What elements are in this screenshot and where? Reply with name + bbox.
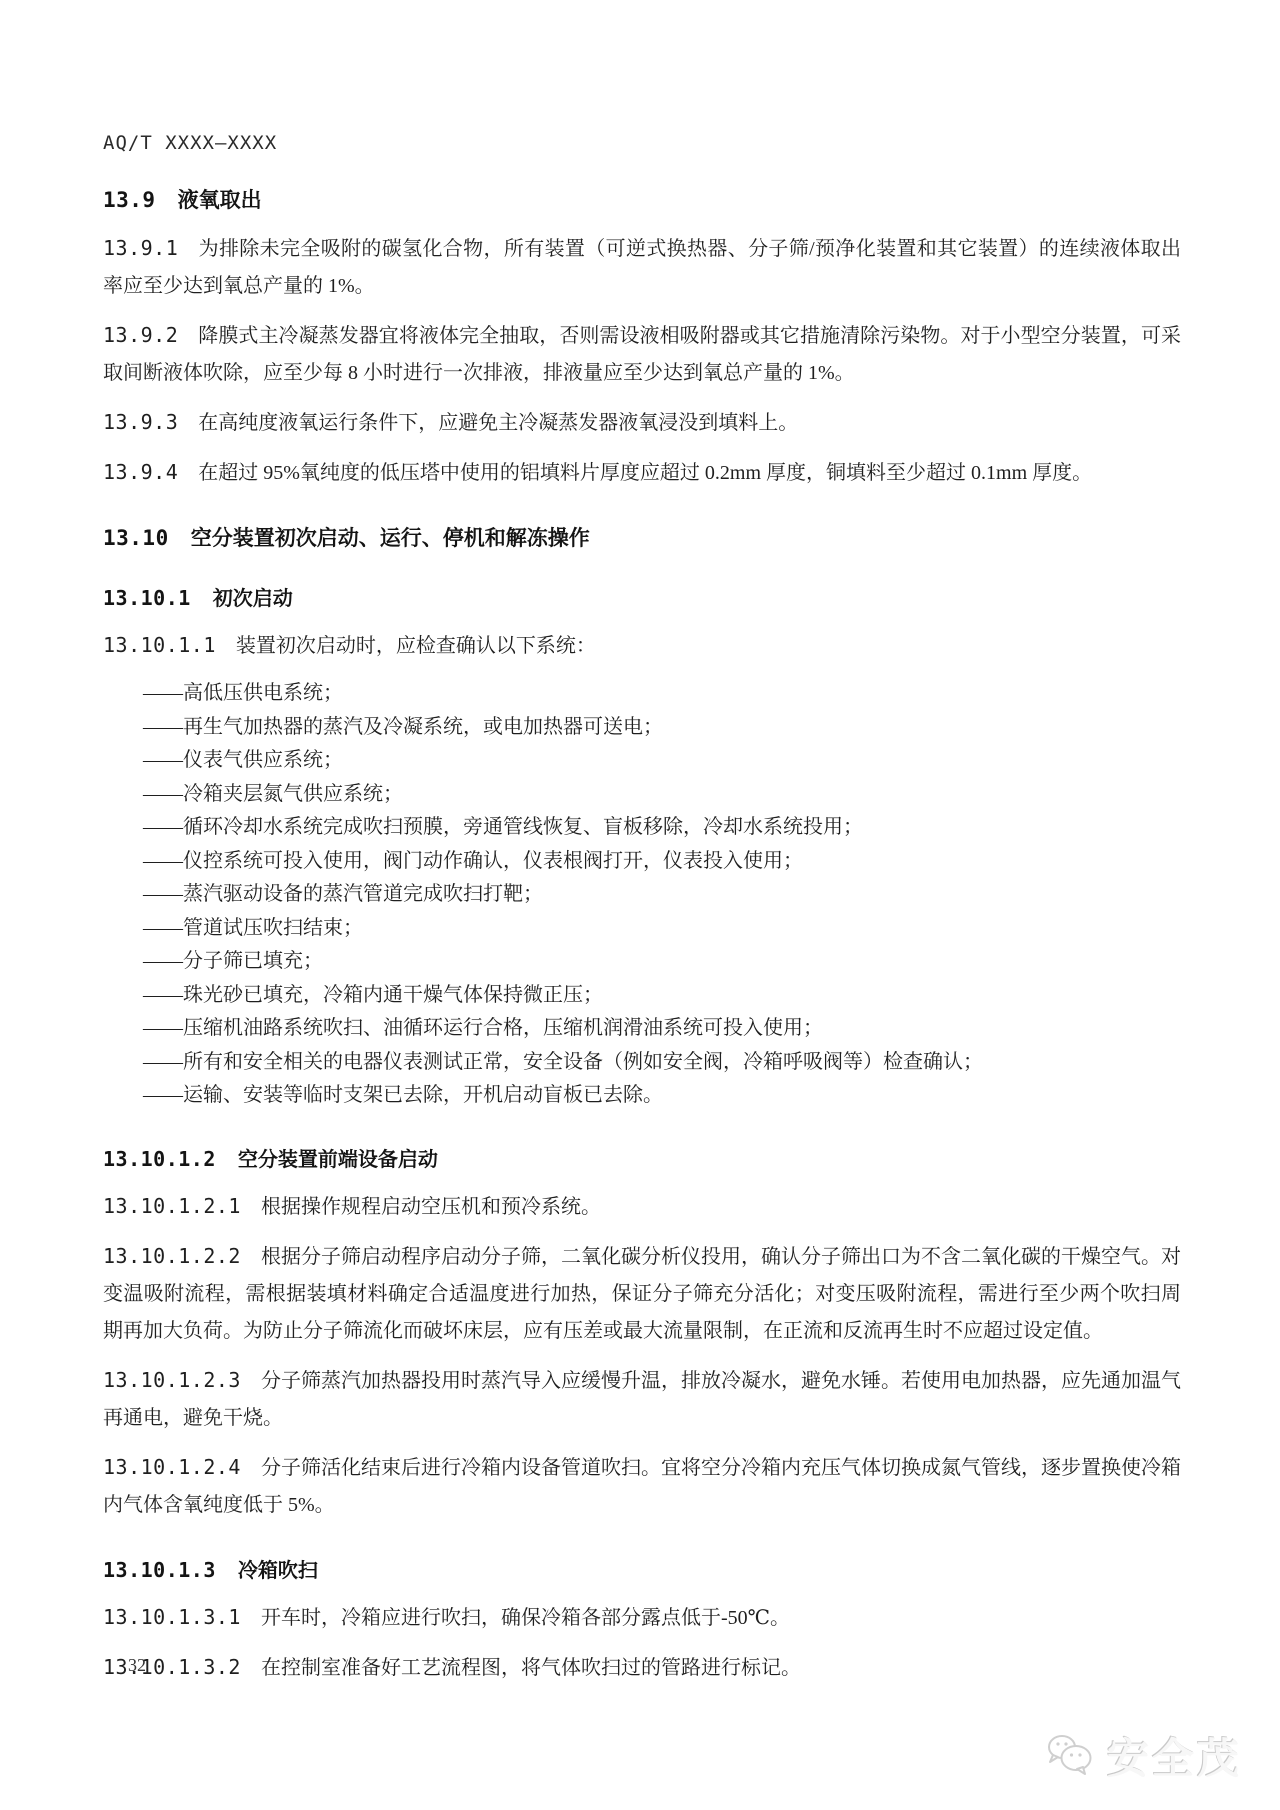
clause-number: 13.10: [103, 526, 169, 550]
clause-paragraph-13-10-1-1: 13.10.1.1装置初次启动时，应检查确认以下系统：: [103, 627, 1181, 665]
watermark: 安全茂: [1045, 1726, 1242, 1786]
clause-number: 13.10.1.3.2: [103, 1655, 241, 1679]
clause-paragraph-13-9-1: 13.9.1为排除未完全吸附的碳氢化合物，所有装置（可逆式换热器、分子筛/预净化…: [103, 230, 1181, 305]
clause-paragraph-13-10-1-2-3: 13.10.1.2.3分子筛蒸汽加热器投用时蒸汽导入应缓慢升温，排放冷凝水，避免…: [103, 1362, 1181, 1437]
clause-number: 13.9.4: [103, 460, 178, 484]
clause-number: 13.10.1.3: [103, 1558, 216, 1582]
clause-text: 开车时，冷箱应进行吹扫，确保冷箱各部分露点低于-50℃。: [261, 1607, 790, 1629]
clause-text: 根据分子筛启动程序启动分子筛，二氧化碳分析仪投用，确认分子筛出口为不含二氧化碳的…: [103, 1246, 1181, 1342]
clause-paragraph-13-10-1-3-2: 13.10.1.3.2在控制室准备好工艺流程图，将气体吹扫过的管路进行标记。: [103, 1649, 1181, 1687]
standard-code-header: AQ/T XXXX—XXXX: [103, 132, 1181, 154]
section-heading-13-9: 13.9液氧取出: [103, 184, 1181, 214]
clause-text: 分子筛蒸汽加热器投用时蒸汽导入应缓慢升温，排放冷凝水，避免水锤。若使用电加热器，…: [103, 1370, 1181, 1429]
clause-paragraph-13-9-4: 13.9.4在超过 95%氧纯度的低压塔中使用的铝填料片厚度应超过 0.2mm …: [103, 454, 1181, 492]
clause-paragraph-13-10-1-3-1: 13.10.1.3.1开车时，冷箱应进行吹扫，确保冷箱各部分露点低于-50℃。: [103, 1599, 1181, 1637]
clause-number: 13.10.1.2.1: [103, 1194, 241, 1218]
clause-text: 在控制室准备好工艺流程图，将气体吹扫过的管路进行标记。: [261, 1657, 801, 1679]
clause-text: 为排除未完全吸附的碳氢化合物，所有装置（可逆式换热器、分子筛/预净化装置和其它装…: [103, 238, 1181, 297]
clause-number: 13.10.1.2: [103, 1147, 216, 1171]
list-item: ——所有和安全相关的电器仪表测试正常，安全设备（例如安全阀，冷箱呼吸阀等）检查确…: [143, 1046, 1181, 1080]
clause-number: 13.9: [103, 188, 156, 212]
clause-number: 13.10.1.3.1: [103, 1605, 241, 1629]
list-item: ——仪表气供应系统；: [143, 744, 1181, 778]
clause-number: 13.9.3: [103, 410, 178, 434]
watermark-text: 安全茂: [1107, 1726, 1242, 1786]
clause-number: 13.9.1: [103, 236, 178, 260]
clause-text: 装置初次启动时，应检查确认以下系统：: [236, 635, 596, 657]
clause-paragraph-13-9-2: 13.9.2降膜式主冷凝蒸发器宜将液体完全抽取，否则需设液相吸附器或其它措施清除…: [103, 317, 1181, 392]
clause-paragraph-13-9-3: 13.9.3在高纯度液氧运行条件下，应避免主冷凝蒸发器液氧浸没到填料上。: [103, 404, 1181, 442]
clause-text: 在超过 95%氧纯度的低压塔中使用的铝填料片厚度应超过 0.2mm 厚度，铜填料…: [198, 462, 1092, 484]
document-page: { "page": { "header": "AQ/T XXXX—XXXX", …: [0, 0, 1280, 1810]
section-heading-13-10: 13.10空分装置初次启动、运行、停机和解冻操作: [103, 522, 1181, 552]
clause-text: 根据操作规程启动空压机和预冷系统。: [261, 1196, 601, 1218]
list-item: ——冷箱夹层氮气供应系统；: [143, 778, 1181, 812]
section-heading-13-10-1: 13.10.1初次启动: [103, 582, 1181, 611]
clause-text: 在高纯度液氧运行条件下，应避免主冷凝蒸发器液氧浸没到填料上。: [198, 412, 798, 434]
document-content: AQ/T XXXX—XXXX 13.9液氧取出 13.9.1为排除未完全吸附的碳…: [103, 132, 1181, 1699]
clause-number: 13.9.2: [103, 323, 178, 347]
clause-number: 13.10.1: [103, 586, 191, 610]
page-number: 32: [128, 1655, 146, 1676]
list-item: ——仪控系统可投入使用，阀门动作确认，仪表根阀打开，仪表投入使用；: [143, 845, 1181, 879]
list-item: ——高低压供电系统；: [143, 677, 1181, 711]
section-title: 空分装置初次启动、运行、停机和解冻操作: [191, 527, 590, 550]
section-heading-13-10-1-3: 13.10.1.3冷箱吹扫: [103, 1554, 1181, 1583]
section-title: 初次启动: [213, 588, 293, 610]
clause-number: 13.10.1.2.4: [103, 1455, 241, 1479]
list-item: ——运输、安装等临时支架已去除，开机启动盲板已去除。: [143, 1079, 1181, 1113]
clause-text: 分子筛活化结束后进行冷箱内设备管道吹扫。宜将空分冷箱内充压气体切换成氮气管线，逐…: [103, 1457, 1181, 1516]
startup-checklist: ——高低压供电系统； ——再生气加热器的蒸汽及冷凝系统，或电加热器可送电； ——…: [103, 677, 1181, 1113]
clause-number: 13.10.1.2.2: [103, 1244, 241, 1268]
section-title: 空分装置前端设备启动: [238, 1149, 438, 1171]
list-item: ——压缩机油路系统吹扫、油循环运行合格，压缩机润滑油系统可投入使用；: [143, 1012, 1181, 1046]
section-title: 冷箱吹扫: [238, 1560, 318, 1582]
clause-paragraph-13-10-1-2-2: 13.10.1.2.2根据分子筛启动程序启动分子筛，二氧化碳分析仪投用，确认分子…: [103, 1238, 1181, 1350]
clause-number: 13.10.1.1: [103, 633, 216, 657]
list-item: ——珠光砂已填充，冷箱内通干燥气体保持微正压；: [143, 979, 1181, 1013]
list-item: ——管道试压吹扫结束；: [143, 912, 1181, 946]
clause-text: 降膜式主冷凝蒸发器宜将液体完全抽取，否则需设液相吸附器或其它措施清除污染物。对于…: [103, 325, 1181, 384]
clause-paragraph-13-10-1-2-1: 13.10.1.2.1根据操作规程启动空压机和预冷系统。: [103, 1188, 1181, 1226]
list-item: ——再生气加热器的蒸汽及冷凝系统，或电加热器可送电；: [143, 711, 1181, 745]
section-title: 液氧取出: [178, 189, 262, 212]
wechat-icon: [1045, 1733, 1097, 1779]
clause-paragraph-13-10-1-2-4: 13.10.1.2.4分子筛活化结束后进行冷箱内设备管道吹扫。宜将空分冷箱内充压…: [103, 1449, 1181, 1524]
list-item: ——蒸汽驱动设备的蒸汽管道完成吹扫打靶；: [143, 878, 1181, 912]
list-item: ——循环冷却水系统完成吹扫预膜，旁通管线恢复、盲板移除，冷却水系统投用；: [143, 811, 1181, 845]
clause-number: 13.10.1.2.3: [103, 1368, 241, 1392]
list-item: ——分子筛已填充；: [143, 945, 1181, 979]
section-heading-13-10-1-2: 13.10.1.2空分装置前端设备启动: [103, 1143, 1181, 1172]
